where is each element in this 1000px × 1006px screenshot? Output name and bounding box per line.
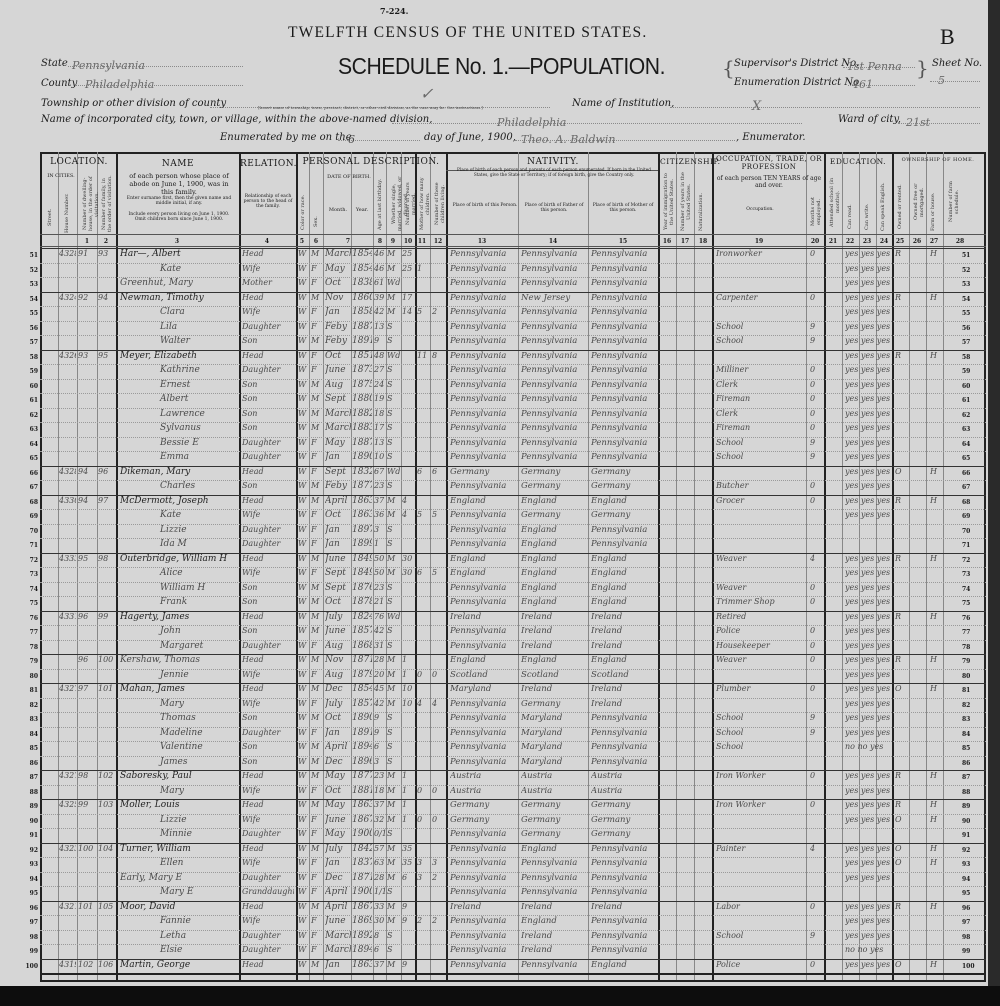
cell-mar: M: [387, 293, 400, 302]
cell-color: W: [298, 800, 308, 809]
cell-mar: S: [387, 452, 400, 461]
cell-mar: S: [387, 322, 400, 331]
cell-sex: M: [311, 583, 322, 592]
cell-sex: F: [311, 539, 322, 548]
cell-ym: 4: [402, 496, 414, 505]
cell-mar: Wd: [387, 351, 400, 360]
cell-sex: M: [311, 612, 322, 621]
cell-age: 57: [374, 844, 386, 853]
line-number-right: 55: [962, 310, 982, 317]
cell-own: O: [895, 684, 907, 693]
vheader-immigration: Year of immigration to the United States…: [663, 170, 675, 234]
cell-mo: 4: [417, 699, 429, 708]
cell-year: 1851: [352, 351, 372, 361]
cell-occ: Clerk: [716, 409, 804, 418]
cell-fh: H: [930, 351, 942, 360]
line-number-right: 81: [962, 687, 982, 694]
cell-mar: M: [387, 858, 400, 867]
line-number: 54: [18, 296, 38, 303]
cell-occ: Fireman: [716, 394, 804, 403]
cell-bf: Pennsylvania: [521, 307, 587, 317]
cell-sex: F: [311, 670, 322, 679]
cell-bm: Germany: [591, 815, 657, 825]
cell-bf: Pennsylvania: [521, 409, 587, 419]
vheader-english: Can speak English.: [880, 180, 886, 234]
cell-ed: yes yes yes: [845, 496, 891, 505]
enumerator-field: Theo. A. Baldwin: [515, 128, 735, 141]
line-number: 53: [18, 281, 38, 288]
cell-ed: yes yes yes: [845, 800, 891, 809]
cell-name: Hagerty, James: [120, 612, 238, 622]
enumeration-label: Enumeration District No.: [734, 77, 862, 88]
cell-year: 1900: [352, 887, 372, 897]
cell-year: 1871: [352, 873, 372, 883]
cell-color: W: [298, 742, 308, 751]
cell-name: Martin, George: [120, 960, 238, 970]
header-relation: RELATION.: [240, 159, 295, 169]
cell-ne: 9: [810, 336, 822, 345]
cell-bm: Pennsylvania: [591, 844, 657, 854]
cell-mar: S: [387, 829, 400, 838]
cell-name: Greenhut, Mary: [120, 278, 238, 288]
cell-house: 4333: [59, 554, 76, 563]
cell-bp: Pennsylvania: [450, 438, 516, 448]
cell-ne: 0: [810, 423, 822, 432]
cell-color: W: [298, 931, 308, 940]
cell-dw: 102: [78, 960, 96, 969]
cell-color: W: [298, 916, 308, 925]
cell-rel: Head: [242, 612, 294, 621]
cell-rel: Granddaughter: [242, 887, 294, 896]
cell-color: W: [298, 597, 308, 606]
cell-bf: Maryland: [521, 742, 587, 752]
cell-mar: S: [387, 626, 400, 635]
column-number: 22: [842, 238, 858, 245]
line-number-right: 76: [962, 615, 982, 622]
cell-mar: M: [387, 655, 400, 664]
cell-bm: England: [591, 655, 657, 665]
cell-sex: F: [311, 365, 322, 374]
cell-month: April: [325, 742, 351, 752]
line-number-right: 91: [962, 832, 982, 839]
county-value: Philadelphia: [85, 78, 154, 91]
cell-occ: Police: [716, 960, 804, 969]
header-name: NAME: [118, 159, 238, 169]
cell-ne: 0: [810, 902, 822, 911]
line-number: 66: [18, 470, 38, 477]
cell-year: 1867: [352, 902, 372, 912]
cell-bm: Austria: [591, 771, 657, 781]
cell-rel: Head: [242, 249, 294, 258]
cell-bf: Pennsylvania: [521, 264, 587, 274]
cell-age: 23: [374, 771, 386, 780]
column-number: 1: [79, 238, 95, 245]
cell-bf: Maryland: [521, 728, 587, 738]
ward-label: Ward of city,: [838, 114, 901, 125]
cell-bp: Pennsylvania: [450, 858, 516, 868]
cell-dw: 94: [78, 467, 96, 476]
line-number: 98: [18, 934, 38, 941]
line-number: 77: [18, 629, 38, 636]
cell-mar: S: [387, 423, 400, 432]
cell-mar: M: [387, 916, 400, 925]
cell-bp: Pennsylvania: [450, 757, 516, 767]
cell-bm: England: [591, 597, 657, 607]
cell-occ: Trimmer Shop: [716, 597, 804, 606]
cell-age: 33: [374, 902, 386, 911]
column-number: 18: [695, 238, 711, 245]
cell-bp: Pennsylvania: [450, 873, 516, 883]
line-number-right: 71: [962, 542, 982, 549]
cell-ym: 25: [402, 249, 414, 258]
cell-month: Sept: [325, 467, 351, 477]
cell-ym: 14: [402, 307, 414, 316]
cell-rel: Head: [242, 902, 294, 911]
line-number-right: 63: [962, 426, 982, 433]
cell-ne: 9: [810, 322, 822, 331]
cell-bp: Pennsylvania: [450, 844, 516, 854]
cell-ym: 30: [402, 554, 414, 563]
cell-rel: Wife: [242, 786, 294, 795]
cell-bm: England: [591, 496, 657, 506]
cell-mo: 6: [417, 568, 429, 577]
line-number-right: 84: [962, 731, 982, 738]
cell-age: 1/12: [374, 887, 386, 896]
line-number-right: 75: [962, 600, 982, 607]
ward-value: 21st: [906, 116, 930, 129]
cell-ed: yes yes yes: [845, 510, 891, 519]
cell-ym: 9: [402, 960, 414, 969]
cell-own: R: [895, 800, 907, 809]
cell-age: 6: [374, 945, 386, 954]
line-number-right: 82: [962, 702, 982, 709]
line-number-right: 79: [962, 658, 982, 665]
cell-age: 6: [374, 742, 386, 751]
line-number: 78: [18, 644, 38, 651]
line-number: 63: [18, 426, 38, 433]
cell-fam: 98: [98, 554, 115, 563]
cell-age: 31: [374, 641, 386, 650]
enumerated-day-field: 6: [338, 128, 420, 141]
cell-rel: Son: [242, 409, 294, 418]
cell-rel: Son: [242, 757, 294, 766]
cell-month: Sept: [325, 583, 351, 593]
cell-bp: Pennsylvania: [450, 452, 516, 462]
cell-age: 18: [374, 409, 386, 418]
cell-ed: yes yes yes: [845, 699, 891, 708]
cell-color: W: [298, 612, 308, 621]
cell-color: W: [298, 829, 308, 838]
cell-ym: 1: [402, 786, 414, 795]
state-field: Pennsylvania: [68, 54, 243, 67]
cell-ed: yes yes yes: [845, 670, 891, 679]
cell-name: Moor, David: [120, 902, 238, 912]
cell-sex: F: [311, 467, 322, 476]
line-number: 58: [18, 354, 38, 361]
line-number-right: 80: [962, 673, 982, 680]
cell-bm: Pennsylvania: [591, 307, 657, 317]
column-number: 25: [892, 238, 908, 245]
cell-rel: Son: [242, 423, 294, 432]
cell-fh: H: [930, 902, 942, 911]
vheader-years-married: Number of years married.: [405, 174, 417, 234]
cell-occ: Police: [716, 626, 804, 635]
cell-sex: F: [311, 728, 322, 737]
state-value: Pennsylvania: [72, 59, 145, 72]
cell-ed: yes yes yes: [845, 728, 891, 737]
cell-ed: yes yes yes: [845, 452, 891, 461]
cell-rel: Daughter: [242, 829, 294, 838]
header-birth-mother: Place of birth of Mother of this person.: [590, 203, 656, 213]
cell-occ: Iron Worker: [716, 800, 804, 809]
cell-month: July: [325, 612, 351, 622]
cell-cl: 2: [432, 873, 444, 882]
cell-age: 28: [374, 655, 386, 664]
header-year: Year.: [352, 207, 372, 213]
cell-bf: England: [521, 916, 587, 926]
cell-year: 1887: [352, 438, 372, 448]
vheader-school: Attended school (in months).: [829, 170, 841, 234]
line-number: 70: [18, 528, 38, 535]
line-number-right: 67: [962, 484, 982, 491]
cell-bf: Germany: [521, 481, 587, 491]
cell-ym: 25: [402, 264, 414, 273]
cell-color: W: [298, 293, 308, 302]
cell-year: 1838: [352, 278, 372, 288]
cell-bf: Pennsylvania: [521, 336, 587, 346]
cell-mar: S: [387, 597, 400, 606]
header-name-note2: Include every person living on June 1, 1…: [124, 212, 234, 222]
cell-mar: M: [387, 510, 400, 519]
cell-dw: 97: [78, 684, 96, 693]
cell-ne: 0: [810, 365, 822, 374]
cell-ne: 0: [810, 684, 822, 693]
cell-age: 48: [374, 351, 386, 360]
line-number-right: 64: [962, 441, 982, 448]
cell-bp: England: [450, 655, 516, 665]
line-number-right: 53: [962, 281, 982, 288]
cell-occ: Housekeeper: [716, 641, 804, 650]
cell-age: 17: [374, 423, 386, 432]
vheader-street: Street.: [47, 200, 53, 234]
cell-fh: H: [930, 293, 942, 302]
cell-ym: 10: [402, 684, 414, 693]
cell-bf: Pennsylvania: [521, 423, 587, 433]
cell-ne: 0: [810, 380, 822, 389]
cell-ym: 4: [402, 510, 414, 519]
line-number-right: 89: [962, 803, 982, 810]
cell-month: Aug: [325, 670, 351, 680]
cell-mar: S: [387, 887, 400, 896]
sheet-letter: B: [940, 24, 955, 50]
cell-rel: Daughter: [242, 873, 294, 882]
line-number: 51: [18, 252, 38, 259]
header-education: EDUCATION.: [826, 157, 890, 166]
cell-fh: H: [930, 612, 942, 621]
cell-ed: yes yes yes: [845, 612, 891, 621]
cell-ed: yes yes yes: [845, 264, 891, 273]
cell-month: Oct: [325, 713, 351, 723]
cell-sex: M: [311, 293, 322, 302]
cell-bm: Pennsylvania: [591, 322, 657, 332]
cell-rel: Daughter: [242, 539, 294, 548]
line-number-right: 77: [962, 629, 982, 636]
cell-mar: M: [387, 670, 400, 679]
line-number: 93: [18, 861, 38, 868]
cell-ed: yes yes yes: [845, 844, 891, 853]
cell-mar: S: [387, 742, 400, 751]
cell-occ: School: [716, 452, 804, 461]
vheader-sex: Sex.: [313, 210, 319, 234]
header-birth-father: Place of birth of Father of this person.: [520, 203, 588, 213]
cell-age: 50: [374, 554, 386, 563]
line-number-right: 66: [962, 470, 982, 477]
cell-year: 1854: [352, 264, 372, 274]
cell-sex: F: [311, 858, 322, 867]
cell-bp: Pennsylvania: [450, 423, 516, 433]
cell-bp: Pennsylvania: [450, 916, 516, 926]
line-number-right: 87: [962, 774, 982, 781]
cell-ed: yes yes yes: [845, 293, 891, 302]
cell-occ: School: [716, 742, 804, 751]
cell-bp: Maryland: [450, 684, 516, 694]
vheader-mother-of: Mother of how many children.: [419, 174, 431, 234]
line-number: 71: [18, 542, 38, 549]
cell-year: 1854: [352, 249, 372, 259]
cell-bm: Pennsylvania: [591, 858, 657, 868]
cell-bp: Pennsylvania: [450, 394, 516, 404]
header-relation-desc: Relationship of each person to the head …: [242, 194, 294, 209]
cell-mar: M: [387, 771, 400, 780]
cell-own: R: [895, 612, 907, 621]
cell-rel: Son: [242, 583, 294, 592]
cell-fh: H: [930, 800, 942, 809]
cell-month: Oct: [325, 351, 351, 361]
cell-fam: 97: [98, 496, 115, 505]
cell-year: 1876: [352, 583, 372, 593]
cell-month: July: [325, 844, 351, 854]
cell-house: 4319: [59, 960, 76, 969]
cell-month: April: [325, 496, 351, 506]
cell-bp: Ireland: [450, 902, 516, 912]
cell-own: O: [895, 844, 907, 853]
cell-bp: England: [450, 496, 516, 506]
cell-month: May: [325, 438, 351, 448]
cell-age: 19: [374, 394, 386, 403]
cell-color: W: [298, 496, 308, 505]
cell-ne: 9: [810, 438, 822, 447]
cell-own: R: [895, 249, 907, 258]
cell-bm: Pennsylvania: [591, 742, 657, 752]
enumeration-value: 461: [852, 78, 873, 91]
line-number: 99: [18, 948, 38, 955]
cell-month: March: [325, 423, 351, 433]
cell-mar: S: [387, 365, 400, 374]
cell-ed: yes yes yes: [845, 365, 891, 374]
cell-color: W: [298, 902, 308, 911]
cell-occ: Fireman: [716, 423, 804, 432]
cell-ed: yes yes yes: [845, 380, 891, 389]
cell-year: 1873: [352, 365, 372, 375]
cell-mar: M: [387, 568, 400, 577]
cell-rel: Head: [242, 351, 294, 360]
cell-name: Har—, Albert: [120, 249, 238, 259]
cell-year: 1832: [352, 467, 372, 477]
cell-ne: 9: [810, 728, 822, 737]
cell-year: 1858: [352, 307, 372, 317]
cell-year: 1875: [352, 380, 372, 390]
cell-mar: M: [387, 496, 400, 505]
cell-fam: 102: [98, 771, 115, 780]
cell-fh: H: [930, 496, 942, 505]
cell-rel: Daughter: [242, 641, 294, 650]
cell-age: 61: [374, 278, 386, 287]
cell-color: W: [298, 336, 308, 345]
cell-color: W: [298, 423, 308, 432]
cell-bp: Pennsylvania: [450, 713, 516, 723]
cell-mar: S: [387, 525, 400, 534]
column-number: 13: [474, 238, 490, 245]
cell-month: June: [325, 815, 351, 825]
cell-sex: M: [311, 771, 322, 780]
cell-sex: F: [311, 786, 322, 795]
vheader-mortgaged: Owned free or mortgaged.: [913, 170, 925, 234]
cell-name: Moller, Louis: [120, 800, 238, 810]
cell-bp: Pennsylvania: [450, 699, 516, 709]
cell-bf: Pennsylvania: [521, 351, 587, 361]
cell-own: R: [895, 496, 907, 505]
cell-year: 1857: [352, 699, 372, 709]
cell-sex: F: [311, 278, 322, 287]
line-number: 64: [18, 441, 38, 448]
cell-fam: 95: [98, 351, 115, 360]
cell-sex: F: [311, 887, 322, 896]
enumerated-month-label: day of June, 1900,: [424, 132, 516, 143]
cell-bp: Scotland: [450, 670, 516, 680]
cell-bm: Germany: [591, 510, 657, 520]
cell-bp: Austria: [450, 786, 516, 796]
cell-cl: 0: [432, 670, 444, 679]
cell-ym: 9: [402, 902, 414, 911]
line-number: 94: [18, 876, 38, 883]
cell-age: 39: [374, 293, 386, 302]
cell-sex: F: [311, 307, 322, 316]
cell-fh: H: [930, 858, 942, 867]
cell-occ: Clerk: [716, 380, 804, 389]
supervisor-label: Supervisor's District No.: [734, 58, 859, 69]
cell-dw: 94: [78, 496, 96, 505]
cell-fh: H: [930, 771, 942, 780]
cell-rel: Wife: [242, 568, 294, 577]
cell-year: 1868: [352, 641, 372, 651]
cell-ym: 6: [402, 873, 414, 882]
cell-mar: S: [387, 394, 400, 403]
cell-year: 1892: [352, 931, 372, 941]
line-number-right: 56: [962, 325, 982, 332]
cell-fam: 105: [98, 902, 115, 911]
cell-name: Kershaw, Thomas: [120, 655, 238, 665]
cell-sex: M: [311, 757, 322, 766]
cell-occ: Grocer: [716, 496, 804, 505]
district-brace-left: {: [722, 56, 735, 80]
cell-mar: Wd: [387, 467, 400, 476]
cell-fh: H: [930, 467, 942, 476]
cell-color: W: [298, 858, 308, 867]
cell-age: 3: [374, 525, 386, 534]
cell-bf: England: [521, 655, 587, 665]
line-number: 89: [18, 803, 38, 810]
cell-sex: M: [311, 423, 322, 432]
